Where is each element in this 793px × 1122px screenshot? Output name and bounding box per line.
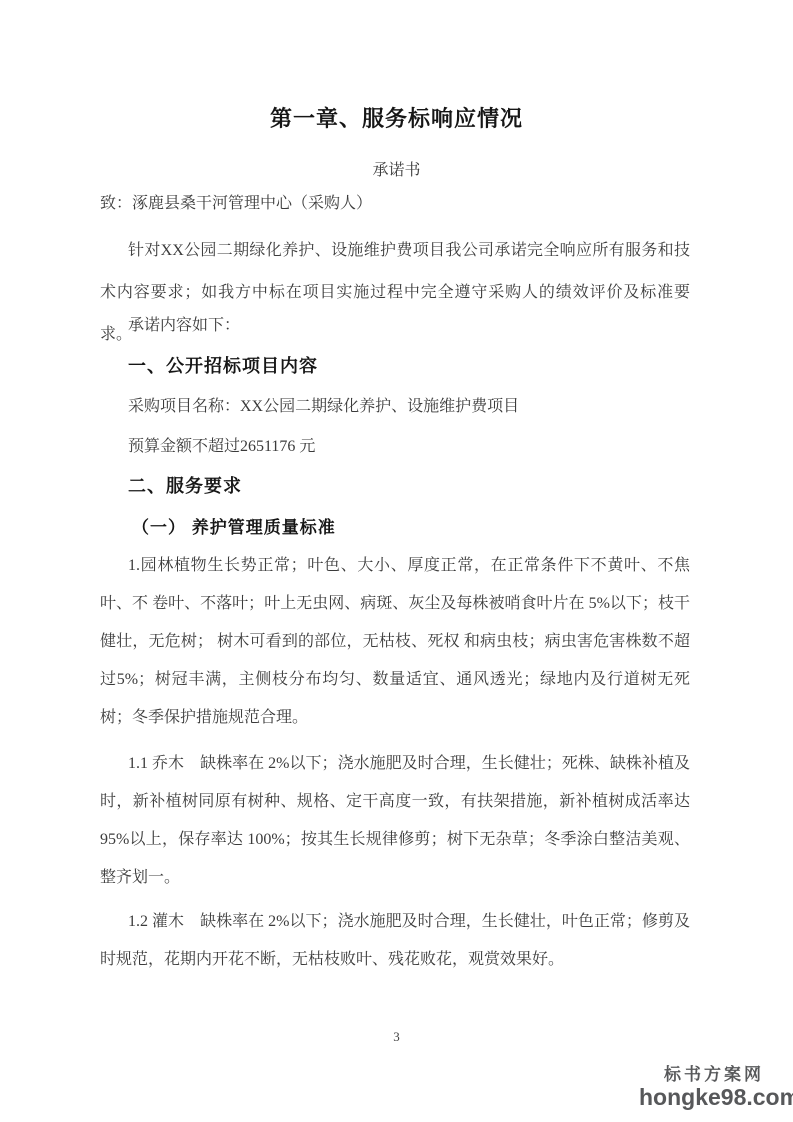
page-number: 3	[0, 1028, 793, 1046]
document-page: 第一章、服务标响应情况 承诺书 致：涿鹿县桑干河管理中心（采购人） 针对XX公园…	[0, 0, 793, 1122]
section-1-heading: 一、公开招标项目内容	[100, 353, 690, 379]
trees-standard-paragraph: 1.1 乔木 缺株率在 2%以下；浇水施肥及时合理，生长健壮；死株、缺株补植及时…	[100, 745, 690, 897]
watermark-site-url: hongke98.com	[639, 1085, 789, 1109]
quality-standard-general-paragraph: 1.园林植物生长势正常；叶色、大小、厚度正常，在正常条件下不黄叶、不焦叶、不 卷…	[100, 547, 690, 737]
promise-lead-line: 承诺内容如下：	[100, 313, 690, 339]
chapter-title: 第一章、服务标响应情况	[0, 104, 793, 134]
project-name-line: 采购项目名称：XX公园二期绿化养护、设施维护费项目	[100, 394, 690, 420]
salutation-line: 致：涿鹿县桑干河管理中心（采购人）	[100, 191, 690, 217]
watermark-site-name: 标书方案网	[639, 1064, 789, 1085]
section-2-heading: 二、服务要求	[100, 473, 690, 499]
subsection-1-heading: （一） 养护管理质量标准	[100, 515, 690, 541]
site-watermark: 标书方案网 hongke98.com	[639, 1064, 789, 1109]
commitment-letter-subtitle: 承诺书	[0, 159, 793, 183]
budget-line: 预算金额不超过2651176 元	[100, 434, 690, 460]
shrubs-standard-paragraph: 1.2 灌木 缺株率在 2%以下；浇水施肥及时合理，生长健壮，叶色正常；修剪及时…	[100, 903, 690, 979]
